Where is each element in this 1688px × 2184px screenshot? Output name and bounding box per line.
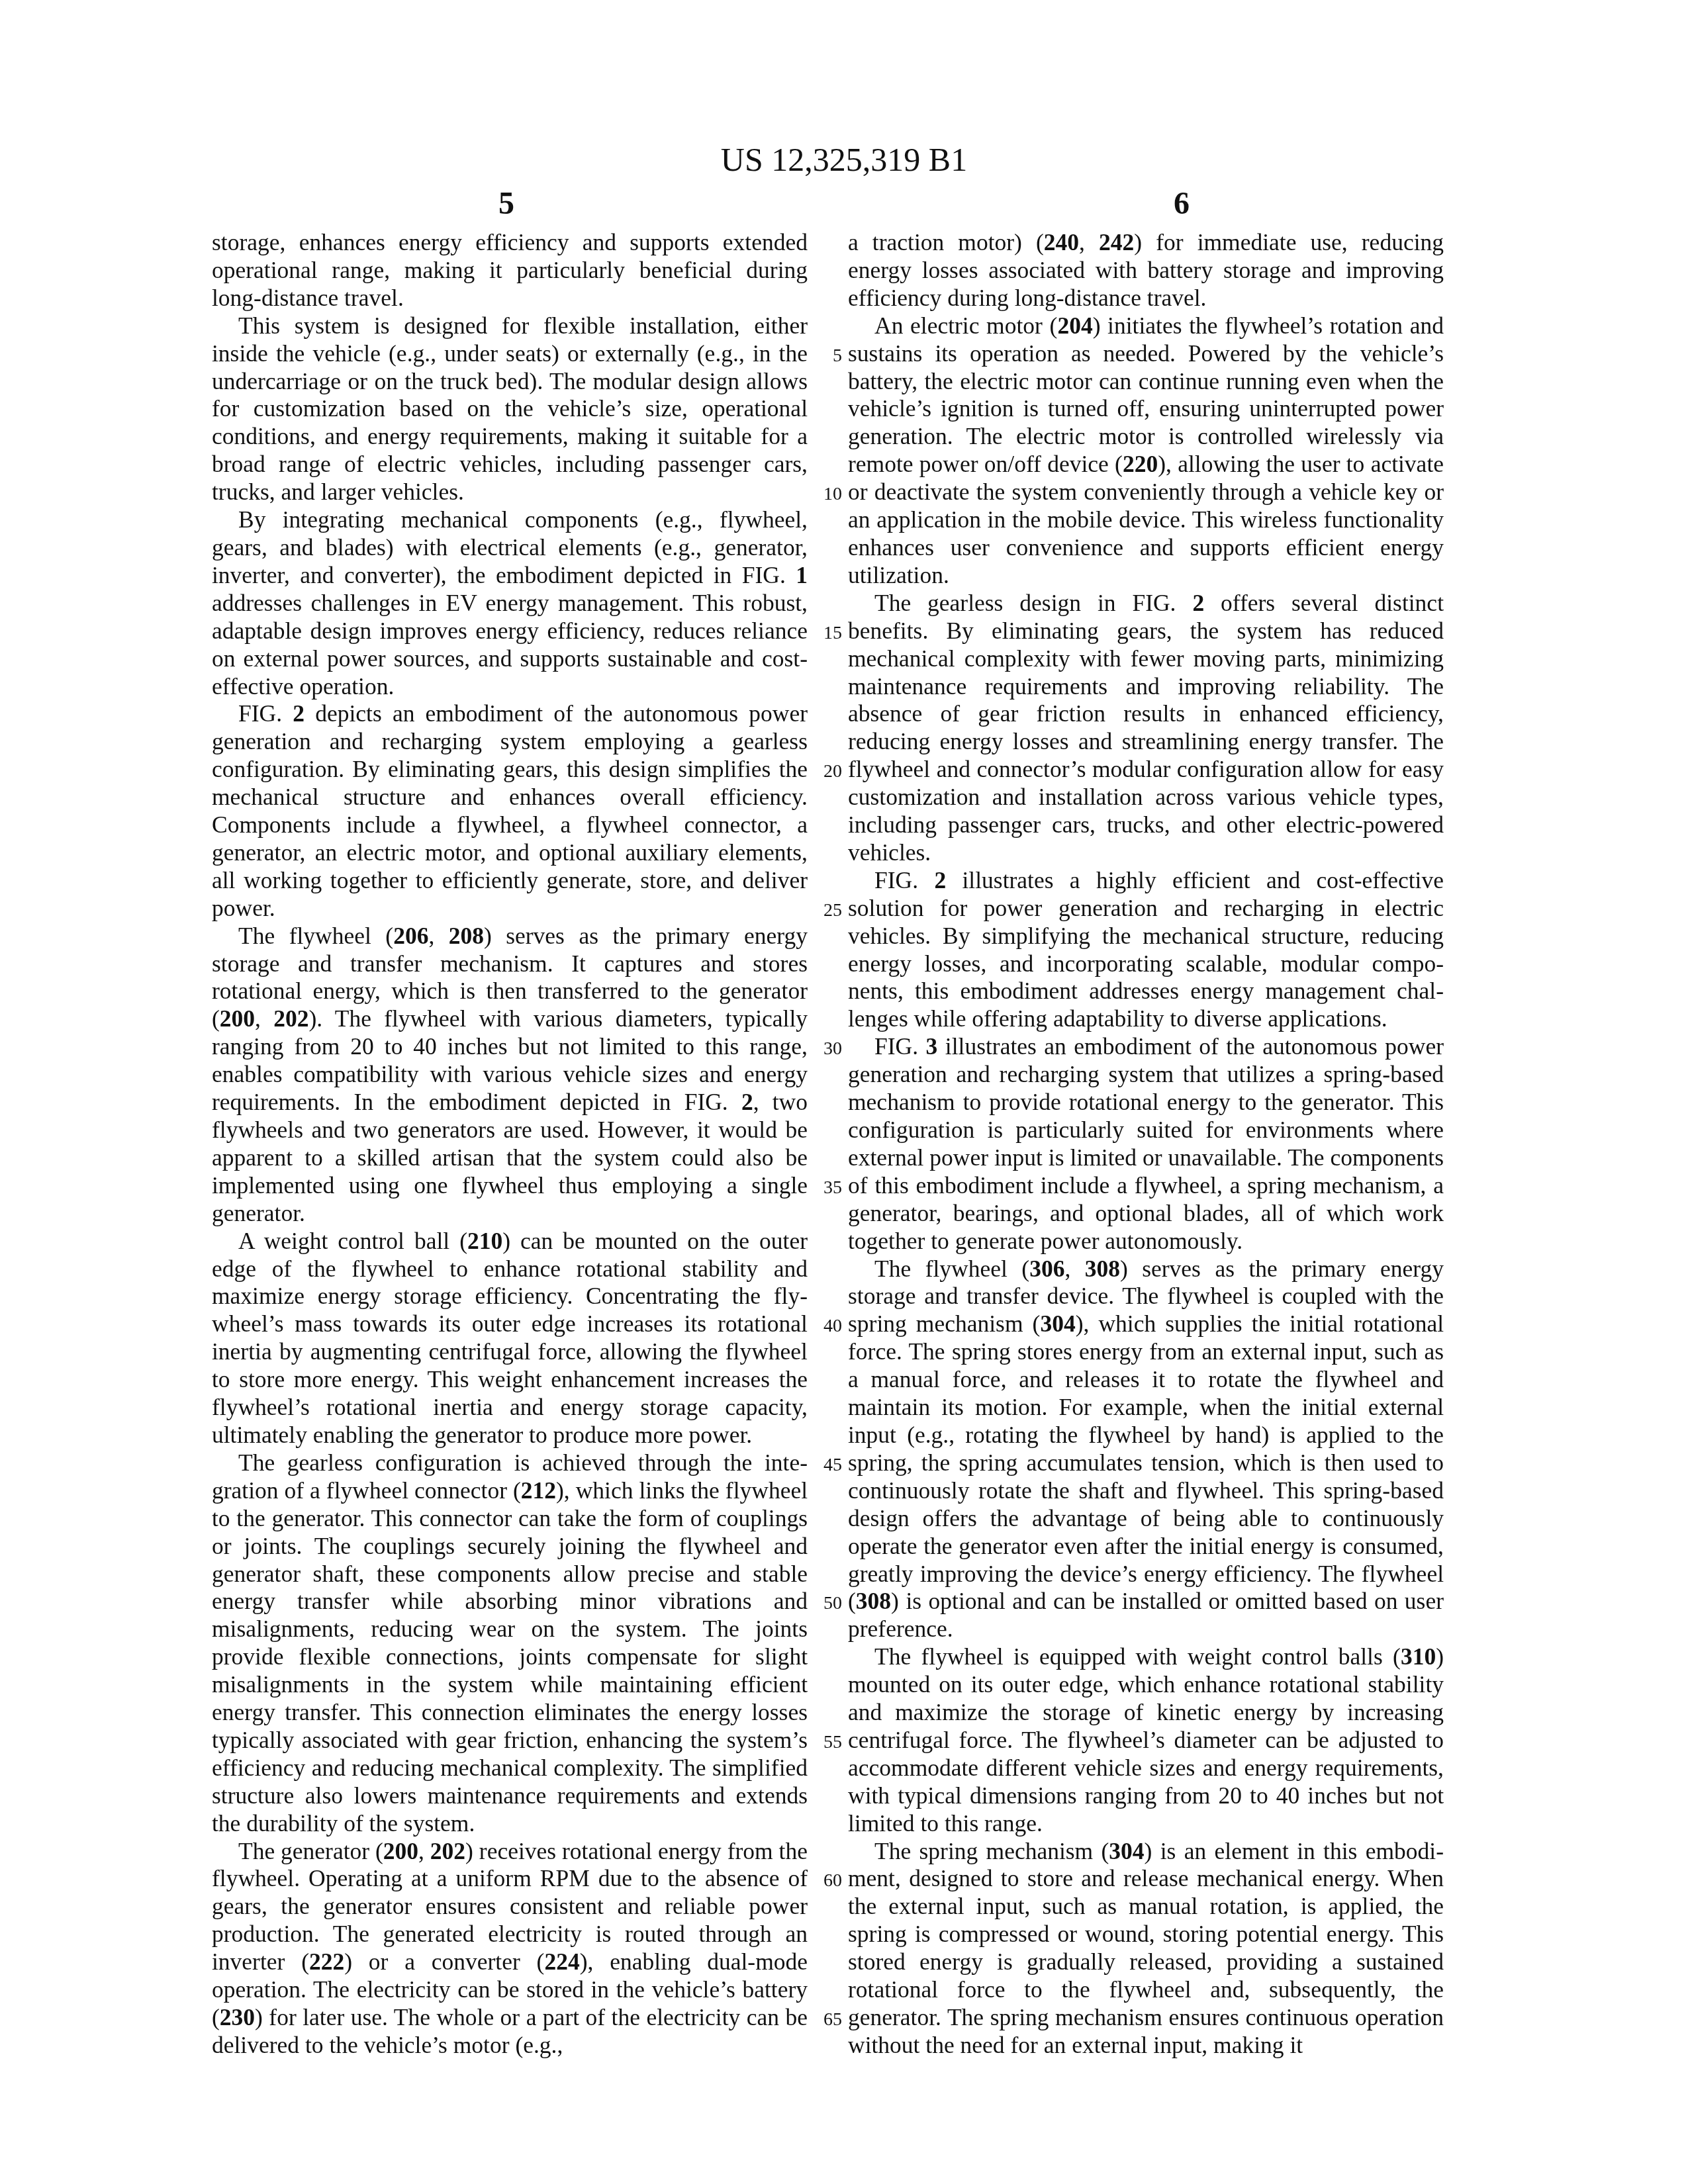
paragraph: By integrating mechanical components (e.… — [212, 506, 808, 700]
line-number: 25 — [823, 897, 842, 925]
paragraph: The gearless design in FIG. 2 offers sev… — [848, 590, 1444, 867]
line-number: 10 — [823, 480, 842, 508]
column-number-left: 5 — [473, 185, 539, 222]
line-number: 35 — [823, 1174, 842, 1202]
line-number: 30 — [823, 1035, 842, 1063]
paragraph: FIG. 3 illustrates an embodiment of the … — [848, 1033, 1444, 1255]
paragraph: A weight control ball (210) can be mount… — [212, 1228, 808, 1449]
line-number: 5 — [833, 342, 842, 370]
line-number: 45 — [823, 1451, 842, 1479]
line-number: 40 — [823, 1312, 842, 1340]
paragraph: The generator (200, 202) receives rotati… — [212, 1838, 808, 2060]
paragraph: The flywheel (206, 208) serves as the pr… — [212, 923, 808, 1228]
paragraph: The flywheel is equipped with weight con… — [848, 1643, 1444, 1837]
patent-number: US 12,325,319 B1 — [0, 140, 1688, 179]
paragraph: a traction motor) (240, 242) for immedia… — [848, 229, 1444, 312]
paragraph: FIG. 2 illustrates a highly efficient an… — [848, 867, 1444, 1033]
paragraph: FIG. 2 depicts an embodiment of the auto… — [212, 700, 808, 922]
line-number: 60 — [823, 1867, 842, 1895]
paragraph: The spring mechanism (304) is an element… — [848, 1838, 1444, 2060]
line-number: 65 — [823, 2006, 842, 2034]
paragraph: storage, enhances energy efficiency and … — [212, 229, 808, 312]
line-number: 15 — [823, 619, 842, 647]
paragraph: The gearless configuration is achieved t… — [212, 1449, 808, 1838]
paragraph: The flywheel (306, 308) serves as the pr… — [848, 1255, 1444, 1644]
left-text-column: storage, enhances energy efficiency and … — [212, 229, 808, 2060]
paragraph: This system is designed for flexible ins… — [212, 312, 808, 506]
paragraph: An electric motor (204) initiates the fl… — [848, 312, 1444, 590]
line-number: 55 — [823, 1729, 842, 1756]
right-text-column: a traction motor) (240, 242) for immedia… — [848, 229, 1444, 2060]
line-number: 50 — [823, 1590, 842, 1617]
line-number: 20 — [823, 758, 842, 786]
column-number-right: 6 — [1149, 185, 1215, 222]
